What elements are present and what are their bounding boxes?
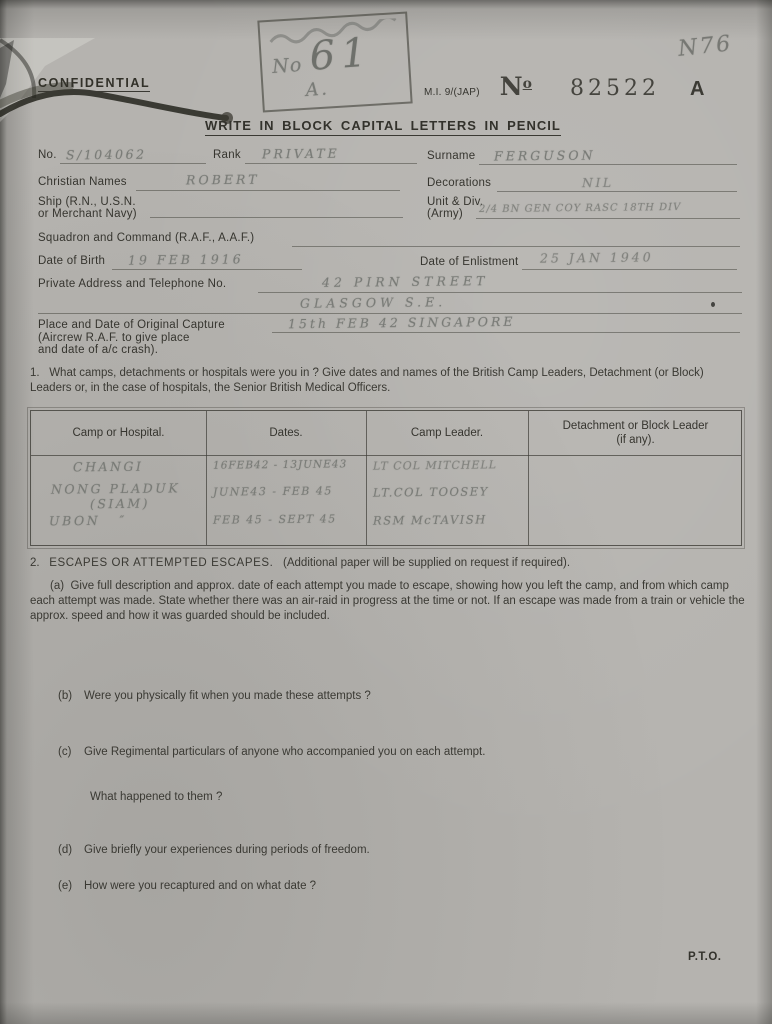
question-2b: (b) Were you physically fit when you mad… <box>58 690 718 702</box>
field-rule <box>258 292 742 293</box>
question-2a-text: Give full description and approx. date o… <box>30 580 745 622</box>
table-cell: LT.COL TOOSEY <box>373 484 489 499</box>
field-label-dob: Date of Birth <box>38 255 105 267</box>
field-value-decorations: NIL <box>582 175 614 190</box>
field-value-no: S/104062 <box>66 147 147 163</box>
field-value-surname: FERGUSON <box>494 147 596 163</box>
field-value-address-1: 42 PIRN STREET <box>322 273 489 290</box>
field-label-unit-1: Unit & Div. <box>427 196 483 208</box>
serial-number: 82522 <box>570 76 660 101</box>
pto-label: P.T.O. <box>688 951 721 963</box>
question-2e-label: (e) <box>58 880 84 892</box>
serial-line: M.I. 9/(JAP) N o 82522 A <box>424 72 704 101</box>
table-cell: CHANGI <box>73 459 144 475</box>
table-body: CHANGI NONG PLADUK (SIAM) UBON ″ 16FEB42… <box>31 455 741 545</box>
field-label-address: Private Address and Telephone No. <box>38 278 226 290</box>
question-2e-text: How were you recaptured and on what date… <box>84 880 316 892</box>
question-2a-label: (a) <box>50 580 64 592</box>
field-value-address-2: GLASGOW S.E. <box>300 294 446 311</box>
field-rule <box>292 246 740 247</box>
field-value-capture: 15th FEB 42 SINGAPORE <box>288 314 516 331</box>
question-2a: (a) Give full description and approx. da… <box>30 579 748 624</box>
binding-string <box>0 38 250 158</box>
table-header-camp: Camp or Hospital. <box>31 411 206 455</box>
field-label-enlistment: Date of Enlistment <box>420 256 518 268</box>
question-2-heading-line: 2. ESCAPES OR ATTEMPTED ESCAPES. (Additi… <box>30 556 750 571</box>
field-value-unit: 2/4 BN GEN COY RASC 18TH DIV <box>479 202 681 215</box>
field-label-no: No. <box>38 149 57 161</box>
field-label-capture-2: (Aircrew R.A.F. to give place <box>38 332 190 344</box>
question-2-note: (Additional paper will be supplied on re… <box>283 557 570 569</box>
camps-table: Camp or Hospital. Dates. Camp Leader. De… <box>30 410 742 546</box>
question-2b-text: Were you physically fit when you made th… <box>84 690 371 702</box>
field-rule <box>272 332 740 333</box>
question-2-heading: ESCAPES OR ATTEMPTED ESCAPES. <box>49 557 273 569</box>
field-label-ship-1: Ship (R.N., U.S.N. <box>38 196 136 208</box>
question-2c-text: Give Regimental particulars of anyone wh… <box>84 746 485 758</box>
field-rule <box>476 218 740 219</box>
question-2e: (e) How were you recaptured and on what … <box>58 880 718 892</box>
censor-stamp-box: No 61 A. <box>257 12 412 113</box>
question-2c-followup: What happened to them ? <box>90 790 222 805</box>
field-label-squadron: Squadron and Command (R.A.F., A.A.F.) <box>38 232 254 244</box>
question-2d-label: (d) <box>58 844 84 856</box>
field-rule <box>497 191 737 192</box>
field-value-christian-names: ROBERT <box>186 172 260 188</box>
field-rule <box>112 269 302 270</box>
field-rule <box>245 163 417 164</box>
field-rule <box>136 190 400 191</box>
field-label-rank: Rank <box>213 149 241 161</box>
table-cell: 16FEB42 - 13JUNE43 <box>213 458 347 471</box>
field-label-christian-names: Christian Names <box>38 176 127 188</box>
table-cell: JUNE43 - FEB 45 <box>213 484 333 498</box>
pow-questionnaire-page: CONFIDENTIAL No 61 A. M.I. 9/(JAP) N o 8… <box>0 0 772 1024</box>
table-header-leader: Camp Leader. <box>366 411 528 455</box>
series-letter: A <box>690 78 704 101</box>
field-rule <box>150 217 403 218</box>
field-value-rank: PRIVATE <box>262 146 340 162</box>
field-label-ship-2: or Merchant Navy) <box>38 208 137 220</box>
question-1: 1. What camps, detachments or hospitals … <box>30 366 746 396</box>
field-label-capture-1: Place and Date of Original Capture <box>38 319 225 331</box>
stamp-number: 61 <box>308 29 374 79</box>
field-label-unit-2: (Army) <box>427 208 463 220</box>
table-cell: FEB 45 - SEPT 45 <box>213 512 337 526</box>
question-2c: (c) Give Regimental particulars of anyon… <box>58 746 718 758</box>
ink-dot <box>711 302 715 307</box>
field-label-surname: Surname <box>427 150 475 162</box>
no-symbol: N <box>500 72 523 101</box>
table-cell: LT COL MITCHELL <box>373 458 497 472</box>
field-label-decorations: Decorations <box>427 177 491 189</box>
corner-note: N76 <box>677 31 734 62</box>
question-1-text: What camps, detachments or hospitals wer… <box>30 367 704 394</box>
question-2d: (d) Give briefly your experiences during… <box>58 844 718 856</box>
table-cell: NONG PLADUK (SIAM) <box>51 480 181 511</box>
field-rule <box>522 269 737 270</box>
stamp-suffix: A. <box>305 78 330 101</box>
table-cell: UBON ″ <box>49 513 127 529</box>
field-rule <box>38 313 742 314</box>
table-header-detachment: Detachment or Block Leader (if any). <box>528 411 743 455</box>
field-rule <box>479 164 737 165</box>
field-value-dob: 19 FEB 1916 <box>128 251 244 267</box>
stamp-no-label: No <box>271 54 303 78</box>
question-2c-label: (c) <box>58 746 84 758</box>
table-header-dates: Dates. <box>206 411 366 455</box>
question-2b-label: (b) <box>58 690 84 702</box>
question-1-number: 1. <box>30 367 40 379</box>
question-2-number: 2. <box>30 557 40 569</box>
field-rule <box>60 163 206 164</box>
question-2d-text: Give briefly your experiences during per… <box>84 844 370 856</box>
dept-label: M.I. 9/(JAP) <box>424 87 480 98</box>
form-instruction: WRITE IN BLOCK CAPITAL LETTERS IN PENCIL <box>205 118 561 136</box>
classification-label: CONFIDENTIAL <box>38 76 150 92</box>
field-label-capture-3: and date of a/c crash). <box>38 344 158 356</box>
field-value-enlistment: 25 JAN 1940 <box>540 249 654 265</box>
table-cell: RSM McTAVISH <box>373 512 487 527</box>
